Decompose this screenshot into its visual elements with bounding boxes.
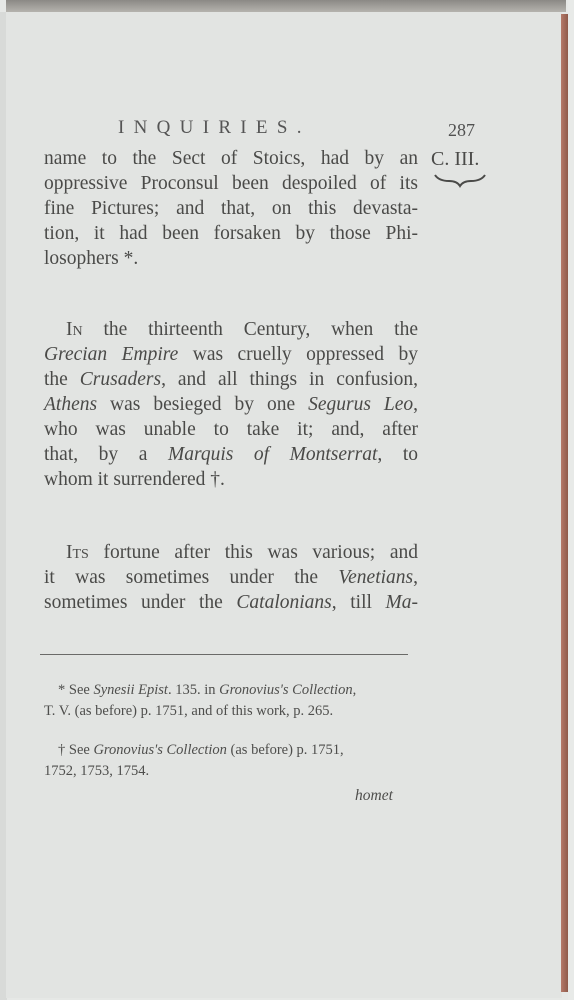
- small-caps-lead: In: [66, 319, 83, 340]
- footnote-line: * See Synesii Epist. 135. in Gronovius's…: [44, 680, 412, 701]
- running-head: INQUIRIES.: [118, 117, 311, 139]
- page-number: 287: [448, 120, 475, 141]
- paragraph-1: name to the Sect of Stoics, had by an op…: [44, 146, 418, 271]
- text-line: oppressive Proconsul been despoiled of i…: [44, 171, 418, 196]
- text-line: sometimes under the Catalonians, till Ma…: [44, 590, 418, 615]
- footnote-2: † See Gronovius's Collection (as before)…: [44, 740, 412, 782]
- text-line: fine Pictures; and that, on this devasta…: [44, 196, 418, 221]
- footnote-line: 1752, 1753, 1754.: [44, 761, 412, 782]
- footnote-1: * See Synesii Epist. 135. in Gronovius's…: [44, 680, 412, 722]
- paragraph-2: In the thirteenth Century, when the Grec…: [44, 317, 418, 492]
- background: [568, 0, 574, 1000]
- chapter-mark: C. III.: [431, 148, 479, 171]
- small-caps-lead: Its: [66, 542, 89, 563]
- catchword: homet: [355, 787, 393, 805]
- text-line: name to the Sect of Stoics, had by an: [44, 146, 418, 171]
- text-line: Its fortune after this was various; and: [44, 540, 418, 565]
- text-line: Athens was besieged by one Segurus Leo,: [44, 392, 418, 417]
- text-line: Grecian Empire was cruelly oppressed by: [44, 342, 418, 367]
- text-line: the Crusaders, and all things in confusi…: [44, 367, 418, 392]
- right-page-edge: [561, 14, 568, 992]
- brace-icon: [433, 172, 487, 188]
- text-line: losophers *.: [44, 246, 418, 271]
- footnote-rule: [40, 654, 408, 655]
- text-line: In the thirteenth Century, when the: [44, 317, 418, 342]
- text-line: it was sometimes under the Venetians,: [44, 565, 418, 590]
- paragraph-3: Its fortune after this was various; and …: [44, 540, 418, 615]
- footnote-line: T. V. (as before) p. 1751, and of this w…: [44, 701, 412, 722]
- top-shadow: [6, 0, 566, 12]
- text-line: whom it surrendered †.: [44, 467, 418, 492]
- footnote-line: † See Gronovius's Collection (as before)…: [44, 740, 412, 761]
- text-line: tion, it had been forsaken by those Phi-: [44, 221, 418, 246]
- text-line: that, by a Marquis of Montserrat, to: [44, 442, 418, 467]
- text-line: who was unable to take it; and, after: [44, 417, 418, 442]
